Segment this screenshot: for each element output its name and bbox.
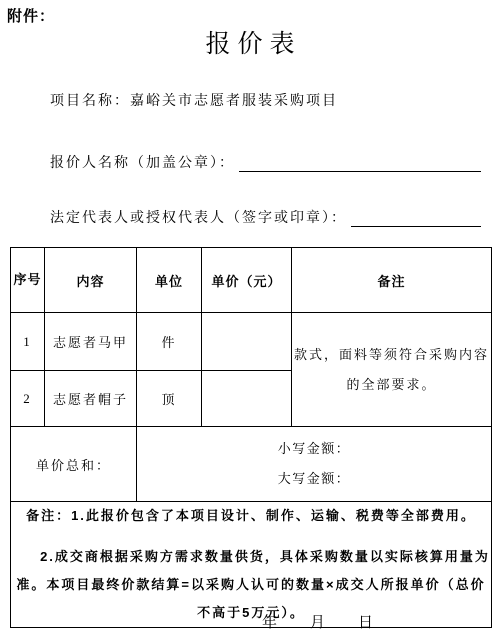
project-name-label: 项目名称： <box>50 94 130 109</box>
total-label: 单价总和： <box>11 427 137 502</box>
project-name-value: 嘉峪关市志愿者服装采购项目 <box>130 94 338 109</box>
column-header-unit-price: 单价（元） <box>202 248 292 313</box>
amount-capital-label: 大写金额： <box>137 464 491 494</box>
page-title: 报价表 <box>0 24 500 60</box>
notes-row: 备注：1.此报价包含了本项目设计、制作、运输、税费等全部费用。 2.成交商根据采… <box>11 502 492 628</box>
column-header-no: 序号 <box>11 248 45 313</box>
row-no: 2 <box>11 371 45 427</box>
representative-label: 法定代表人或授权代表人（签字或印章）： <box>50 211 347 226</box>
row-unit-price-blank <box>202 371 292 427</box>
column-header-unit: 单位 <box>137 248 202 313</box>
bidder-name-label: 报价人名称（加盖公章）： <box>50 156 235 171</box>
amount-small-label: 小写金额： <box>137 434 491 464</box>
row-unit-price-blank <box>202 313 292 371</box>
representative-line: 法定代表人或授权代表人（签字或印章）： <box>50 207 481 227</box>
notes-cell: 备注：1.此报价包含了本项目设计、制作、运输、税费等全部费用。 2.成交商根据采… <box>11 502 492 628</box>
note-line-2: 2.成交商根据采购方需求数量供货，具体采购数量以实际核算用量为准。本项目最终价款… <box>11 543 491 627</box>
table-header-row: 序号 内容 单位 单价（元） 备注 <box>11 248 492 313</box>
note-line-1: 备注：1.此报价包含了本项目设计、制作、运输、税费等全部费用。 <box>11 502 491 530</box>
row-unit: 顶 <box>137 371 202 427</box>
row-content: 志愿者马甲 <box>45 313 137 371</box>
column-header-remark: 备注 <box>292 248 492 313</box>
date-line: 年 月 日 <box>262 611 374 632</box>
total-row: 单价总和： 小写金额： 大写金额： <box>11 427 492 502</box>
row-content: 志愿者帽子 <box>45 371 137 427</box>
column-header-content: 内容 <box>45 248 137 313</box>
row-unit: 件 <box>137 313 202 371</box>
row-no: 1 <box>11 313 45 371</box>
document-page: 附件： 报价表 项目名称：嘉峪关市志愿者服装采购项目 报价人名称（加盖公章）： … <box>0 0 500 639</box>
quotation-table: 序号 内容 单位 单价（元） 备注 1 志愿者马甲 件 款式，面料等须符合采购内… <box>10 247 492 628</box>
bidder-name-line: 报价人名称（加盖公章）： <box>50 152 481 172</box>
attachment-label: 附件： <box>7 5 55 26</box>
remark-merged-cell: 款式，面料等须符合采购内容的全部要求。 <box>292 313 492 427</box>
amounts-cell: 小写金额： 大写金额： <box>137 427 492 502</box>
bidder-name-blank <box>239 157 481 172</box>
representative-blank <box>351 212 481 227</box>
project-name-line: 项目名称：嘉峪关市志愿者服装采购项目 <box>50 90 338 110</box>
table-row: 1 志愿者马甲 件 款式，面料等须符合采购内容的全部要求。 <box>11 313 492 371</box>
